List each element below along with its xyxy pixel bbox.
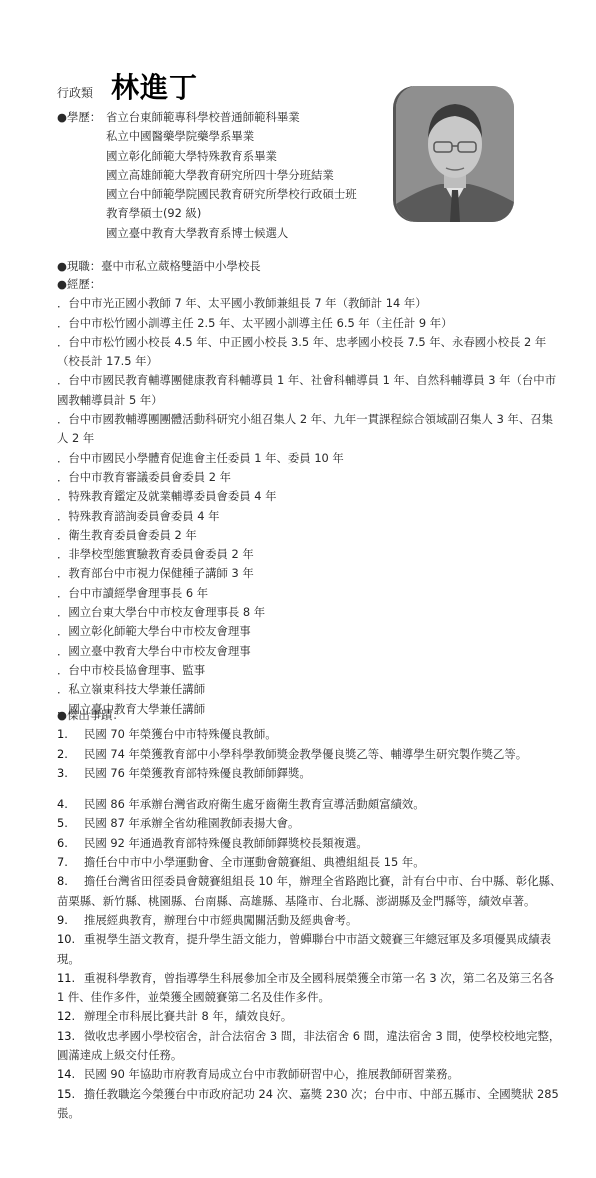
education-item: 國立臺中教育大學教育系博士候選人 <box>106 224 357 243</box>
experience-item: ．非學校型態實驗教育委員會委員 2 年 <box>57 545 562 564</box>
achievement-text: 民國 74 年榮獲教育部中小學科學教師獎金教學優良獎乙等、輔導學生研究製作獎乙等… <box>84 747 527 761</box>
achievement-text: 民國 92 年通過教育部特殊優良教師師鐸獎校長類複選。 <box>84 836 368 850</box>
achievement-text: 重視科學教育，曾指導學生科展參加全市及全國科展榮獲全市第一名 3 次，第二名及第… <box>57 971 554 1004</box>
person-name: 林進丁 <box>111 66 198 106</box>
experience-item: ．特殊教育諮詢委員會委員 4 年 <box>57 507 562 526</box>
experience-label: ●經歷： <box>57 275 562 294</box>
achievement-item: 4.民國 86 年承辦台灣省政府衛生處牙齒衛生教育宣導活動頗富績效。 <box>57 795 562 814</box>
achievement-item: 12.辦理全市科展比賽共計 8 年，績效良好。 <box>57 1007 562 1026</box>
education-item: 私立中國醫藥學院藥學系畢業 <box>106 127 357 146</box>
education-section: ●學歷： 省立台東師範專科學校普通師範科畢業 私立中國醫藥學院藥學系畢業 國立彰… <box>57 108 357 243</box>
achievement-text: 民國 87 年承辦全省幼稚園教師表揚大會。 <box>84 816 299 830</box>
portrait-photo <box>396 86 514 222</box>
achievement-text: 辦理全市科展比賽共計 8 年，績效良好。 <box>84 1009 292 1023</box>
current-position-value: 臺中市私立葳格雙語中小學校長 <box>101 259 260 273</box>
achievement-text: 擔任台中市中小學運動會、全市運動會競賽組、典禮組組長 15 年。 <box>84 855 425 869</box>
experience-item: ．台中市光正國小教師 7 年、太平國小教師兼組長 7 年（教師計 14 年） <box>57 294 562 313</box>
experience-item: ．台中市校長協會理事、監事 <box>57 661 562 680</box>
achievement-number: 13. <box>57 1027 84 1046</box>
achievement-number: 11. <box>57 969 84 988</box>
achievement-number: 10. <box>57 930 84 949</box>
achievement-item: 10.重視學生語文教育，提升學生語文能力，曾蟬聯台中市語文競賽三年總冠軍及多項優… <box>57 930 562 969</box>
achievement-number: 4. <box>57 795 84 814</box>
experience-item: ．特殊教育鑑定及就業輔導委員會委員 4 年 <box>57 487 562 506</box>
achievement-number: 2. <box>57 745 84 764</box>
achievement-number: 1. <box>57 725 84 744</box>
experience-item: ．台中市國民小學體育促進會主任委員 1 年、委員 10 年 <box>57 449 562 468</box>
achievement-text: 民國 90 年協助市府教育局成立台中市教師研習中心，推展教師研習業務。 <box>84 1067 459 1081</box>
experience-item: ．國立彰化師範大學台中市校友會理事 <box>57 622 562 641</box>
experience-section: ●經歷： ．台中市光正國小教師 7 年、太平國小教師兼組長 7 年（教師計 14… <box>57 275 562 719</box>
achievement-number: 14. <box>57 1065 84 1084</box>
achievements-label: ●傑出事蹟： <box>57 706 562 725</box>
achievement-number: 3. <box>57 764 84 783</box>
education-item: 國立台中師範學院國民教育研究所學校行政碩士班 <box>106 185 357 204</box>
experience-item: ．國立臺中教育大學台中市校友會理事 <box>57 642 562 661</box>
education-item: 國立高雄師範大學教育研究所四十學分班結業 <box>106 166 357 185</box>
achievement-item: 1.民國 70 年榮獲台中市特殊優良教師。 <box>57 725 562 744</box>
profile-page: 行政類 林進丁 ●學歷： 省立台東師範專科學校普通師範科畢業 私立中國醫藥學院藥… <box>0 0 596 1178</box>
achievement-item: 8.擔任台灣省田徑委員會競賽組組長 10 年，辦理全省路跑比賽，計有台中市、台中… <box>57 872 562 911</box>
current-position-label: ●現職： <box>57 259 101 273</box>
experience-item: ．台中市國教輔導團團體活動科研究小組召集人 2 年、九年一貫課程綜合領域副召集人… <box>57 410 562 449</box>
experience-item: ．私立嶺東科技大學兼任講師 <box>57 680 562 699</box>
education-item: 教育學碩士(92 級) <box>106 204 357 223</box>
education-item: 國立彰化師範大學特殊教育系畢業 <box>106 147 357 166</box>
achievement-text: 重視學生語文教育，提升學生語文能力，曾蟬聯台中市語文競賽三年總冠軍及多項優異成績… <box>57 932 551 965</box>
experience-item: ．台中市松竹國小校長 4.5 年、中正國小校長 3.5 年、忠孝國小校長 7.5… <box>57 333 562 372</box>
achievements-section: ●傑出事蹟： 1.民國 70 年榮獲台中市特殊優良教師。 2.民國 74 年榮獲… <box>57 706 562 1123</box>
portrait-illustration-icon <box>396 86 514 222</box>
current-position: ●現職：臺中市私立葳格雙語中小學校長 <box>57 257 261 276</box>
experience-item: ．台中市教育審議委員會委員 2 年 <box>57 468 562 487</box>
achievement-item: 15.擔任教職迄今榮獲台中市政府記功 24 次、嘉獎 230 次；台中市、中部五… <box>57 1085 562 1124</box>
achievement-item: 5.民國 87 年承辦全省幼稚園教師表揚大會。 <box>57 814 562 833</box>
achievement-text: 民國 86 年承辦台灣省政府衛生處牙齒衛生教育宣導活動頗富績效。 <box>84 797 425 811</box>
achievement-text: 徵收忠孝國小學校宿舍，計合法宿舍 3 間，非法宿舍 6 間，違法宿舍 3 間，使… <box>57 1029 560 1062</box>
achievement-number: 6. <box>57 834 84 853</box>
achievement-item: 13.徵收忠孝國小學校宿舍，計合法宿舍 3 間，非法宿舍 6 間，違法宿舍 3 … <box>57 1027 562 1066</box>
achievement-item: 6.民國 92 年通過教育部特殊優良教師師鐸獎校長類複選。 <box>57 834 562 853</box>
achievement-number: 7. <box>57 853 84 872</box>
achievement-number: 5. <box>57 814 84 833</box>
category-label: 行政類 <box>57 84 93 101</box>
achievement-text: 民國 76 年榮獲教育部特殊優良教師師鐸獎。 <box>84 766 311 780</box>
achievement-item: 9.推展經典教育，辦理台中市經典闖關活動及經典會考。 <box>57 911 562 930</box>
achievement-text: 擔任教職迄今榮獲台中市政府記功 24 次、嘉獎 230 次；台中市、中部五縣市、… <box>57 1087 559 1120</box>
achievement-number: 9. <box>57 911 84 930</box>
experience-item: ．國立台東大學台中市校友會理事長 8 年 <box>57 603 562 622</box>
experience-item: ．台中市國民教育輔導團健康教育科輔導員 1 年、社會科輔導員 1 年、自然科輔導… <box>57 371 562 410</box>
education-list: 省立台東師範專科學校普通師範科畢業 私立中國醫藥學院藥學系畢業 國立彰化師範大學… <box>106 108 357 243</box>
experience-item: ．教育部台中市視力保健種子講師 3 年 <box>57 564 562 583</box>
achievement-text: 擔任台灣省田徑委員會競賽組組長 10 年，辦理全省路跑比賽，計有台中市、台中縣、… <box>57 874 561 907</box>
experience-item: ．衛生教育委員會委員 2 年 <box>57 526 562 545</box>
achievement-item: 14.民國 90 年協助市府教育局成立台中市教師研習中心，推展教師研習業務。 <box>57 1065 562 1084</box>
achievement-item: 2.民國 74 年榮獲教育部中小學科學教師獎金教學優良獎乙等、輔導學生研究製作獎… <box>57 745 562 764</box>
experience-item: ．台中市松竹國小訓導主任 2.5 年、太平國小訓導主任 6.5 年（主任計 9 … <box>57 314 562 333</box>
education-label: ●學歷： <box>57 108 106 243</box>
achievement-number: 15. <box>57 1085 84 1104</box>
achievement-number: 8. <box>57 872 84 891</box>
achievement-text: 推展經典教育，辦理台中市經典闖關活動及經典會考。 <box>84 913 357 927</box>
education-item: 省立台東師範專科學校普通師範科畢業 <box>106 108 357 127</box>
achievement-item: 7.擔任台中市中小學運動會、全市運動會競賽組、典禮組組長 15 年。 <box>57 853 562 872</box>
profile-header: 行政類 林進丁 <box>57 66 198 106</box>
achievement-item: 3.民國 76 年榮獲教育部特殊優良教師師鐸獎。 <box>57 764 562 783</box>
achievement-text: 民國 70 年榮獲台中市特殊優良教師。 <box>84 727 277 741</box>
achievement-number: 12. <box>57 1007 84 1026</box>
achievement-item: 11.重視科學教育，曾指導學生科展參加全市及全國科展榮獲全市第一名 3 次，第二… <box>57 969 562 1008</box>
experience-item: ．台中市讀經學會理事長 6 年 <box>57 584 562 603</box>
